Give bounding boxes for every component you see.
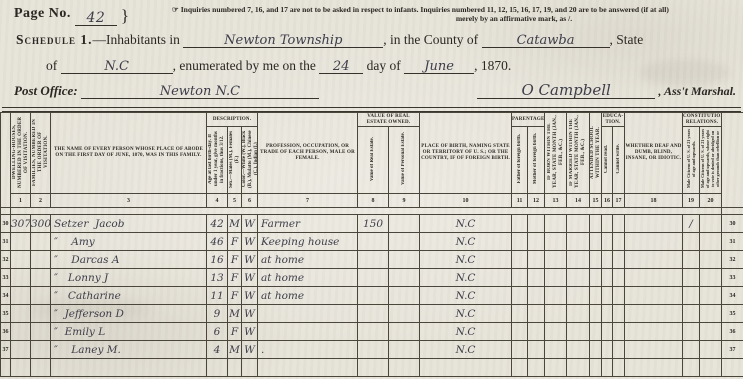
cell-cannot_write bbox=[613, 215, 625, 233]
table-row: 30307300Setzer Jacob42MWFarmer150N.C/30 bbox=[1, 215, 743, 233]
of-label: of bbox=[46, 58, 57, 73]
cell-birth_month bbox=[545, 305, 567, 323]
cell-mother_foreign bbox=[528, 341, 545, 359]
cell-father_foreign bbox=[512, 269, 528, 287]
column-number-6: 6 bbox=[242, 194, 258, 208]
cell-birthplace: N.C bbox=[420, 287, 512, 305]
table-row: 34″ Catharine11FWat homeN.C34 bbox=[1, 287, 743, 305]
cell-male_citizen bbox=[683, 269, 700, 287]
cell-male_citizen bbox=[683, 233, 700, 251]
cell-personal_estate bbox=[389, 323, 420, 341]
cell-father_foreign bbox=[512, 359, 528, 377]
cell-citizen_denied bbox=[700, 251, 722, 269]
cell-name: ″ Lonny J bbox=[51, 269, 207, 287]
cell-male_citizen bbox=[683, 251, 700, 269]
cell-cannot_read bbox=[602, 233, 613, 251]
cell-married_month bbox=[567, 287, 590, 305]
state-label: , State bbox=[610, 32, 644, 47]
cell-cannot_write bbox=[613, 359, 625, 377]
year-label: , 1870. bbox=[474, 58, 511, 73]
cell-age: 9 bbox=[207, 305, 228, 323]
cell-line-left bbox=[1, 359, 11, 377]
cell-school bbox=[590, 323, 602, 341]
cell-deaf_dumb bbox=[625, 305, 683, 323]
cell-sex: F bbox=[228, 287, 242, 305]
col-header-cannot-write: Cannot write. bbox=[613, 127, 625, 194]
cell-family bbox=[31, 269, 51, 287]
cell-real_estate bbox=[358, 341, 389, 359]
cell-family bbox=[31, 323, 51, 341]
cell-line-right: 30 bbox=[722, 215, 743, 233]
inhabitants-label: —Inhabitants in bbox=[93, 32, 180, 47]
cell-married_month bbox=[567, 215, 590, 233]
post-office-label: Post Office: bbox=[14, 83, 78, 98]
cell-mother_foreign bbox=[528, 287, 545, 305]
cell-line-right: 34 bbox=[722, 287, 743, 305]
cell-birth_month bbox=[545, 251, 567, 269]
cell-sex bbox=[228, 359, 242, 377]
cell-deaf_dumb bbox=[625, 251, 683, 269]
col-header-father-foreign: Father of foreign birth. bbox=[512, 127, 528, 194]
cell-school bbox=[590, 341, 602, 359]
col-header-personal-estate: Value of Personal Estate. bbox=[389, 127, 420, 194]
column-number-9: 9 bbox=[389, 194, 420, 208]
col-header-school: Attended school within the year. bbox=[590, 113, 602, 194]
cell-name: Setzer Jacob bbox=[51, 215, 207, 233]
cell-dwelling bbox=[11, 323, 31, 341]
assistant-marshal-label: , Ass't Marshal. bbox=[658, 84, 736, 98]
col-header-male-citizen: Male Citizens of U. S. of 21 years of ag… bbox=[683, 127, 700, 194]
cell-family bbox=[31, 233, 51, 251]
cell-birth_month bbox=[545, 233, 567, 251]
column-number-20: 20 bbox=[700, 194, 722, 208]
cell-birth_month bbox=[545, 323, 567, 341]
cell-name: ″ Emily L bbox=[51, 323, 207, 341]
cell-line-right: 32 bbox=[722, 251, 743, 269]
cell-line-right: 35 bbox=[722, 305, 743, 323]
cell-color: W bbox=[242, 251, 258, 269]
cell-married_month bbox=[567, 269, 590, 287]
col-header-mother-foreign: Mother of foreign birth. bbox=[528, 127, 545, 194]
cell-citizen_denied bbox=[700, 215, 722, 233]
column-number-11: 11 bbox=[512, 194, 528, 208]
cell-deaf_dumb bbox=[625, 287, 683, 305]
cell-family bbox=[31, 251, 51, 269]
group-header-parentage: Parentage. bbox=[512, 113, 545, 127]
column-number-19: 19 bbox=[683, 194, 700, 208]
cell-family bbox=[31, 287, 51, 305]
cell-line-left: 35 bbox=[1, 305, 11, 323]
cell-school bbox=[590, 215, 602, 233]
cell-real_estate bbox=[358, 233, 389, 251]
col-header-married-month: If married within the year, state month … bbox=[567, 113, 590, 194]
column-number-1: 1 bbox=[11, 194, 31, 208]
cell-occupation: . bbox=[258, 341, 358, 359]
right-margin bbox=[722, 208, 743, 215]
cell-married_month bbox=[567, 233, 590, 251]
schedule-label: Schedule 1. bbox=[16, 32, 93, 47]
cell-school bbox=[590, 251, 602, 269]
column-number-10: 10 bbox=[420, 194, 512, 208]
cell-real_estate bbox=[358, 359, 389, 377]
cell-line-right: 31 bbox=[722, 233, 743, 251]
cell-dwelling bbox=[11, 305, 31, 323]
cell-color: W bbox=[242, 305, 258, 323]
right-margin bbox=[722, 113, 743, 208]
cell-occupation: Keeping house bbox=[258, 233, 358, 251]
col-header-born-month: If born within the year, state month (Ja… bbox=[545, 113, 567, 194]
cell-occupation: at home bbox=[258, 251, 358, 269]
cell-line-left: 37 bbox=[1, 341, 11, 359]
cell-name: ″ Amy bbox=[51, 233, 207, 251]
township-value: Newton Township bbox=[183, 34, 383, 48]
cell-male_citizen bbox=[683, 305, 700, 323]
column-number-15: 15 bbox=[590, 194, 602, 208]
cell-father_foreign bbox=[512, 323, 528, 341]
day-of-label: day of bbox=[367, 58, 401, 73]
col-header-occupation: Profession, Occupation, or Trade of each… bbox=[258, 113, 358, 194]
cell-line-left: 31 bbox=[1, 233, 11, 251]
col-header-cannot-read: Cannot read. bbox=[602, 127, 613, 194]
col-header-birthplace: Place of Birth, naming State or Territor… bbox=[420, 113, 512, 194]
cell-married_month bbox=[567, 359, 590, 377]
cell-personal_estate bbox=[389, 359, 420, 377]
cell-age: 16 bbox=[207, 251, 228, 269]
cell-male_citizen bbox=[683, 287, 700, 305]
cell-cannot_write bbox=[613, 323, 625, 341]
cell-deaf_dumb bbox=[625, 269, 683, 287]
cell-dwelling bbox=[11, 341, 31, 359]
cell-father_foreign bbox=[512, 305, 528, 323]
cell-sex: M bbox=[228, 341, 242, 359]
cell-personal_estate bbox=[389, 215, 420, 233]
cell-sex: F bbox=[228, 323, 242, 341]
cell-citizen_denied bbox=[700, 305, 722, 323]
cell-personal_estate bbox=[389, 269, 420, 287]
cell-family: 300 bbox=[31, 215, 51, 233]
cell-citizen_denied bbox=[700, 323, 722, 341]
group-header-value-owned: Value of Real Estate Owned. bbox=[358, 113, 420, 127]
column-number-5: 5 bbox=[228, 194, 242, 208]
table-row: 31″ Amy46FWKeeping houseN.C31 bbox=[1, 233, 743, 251]
cell-line-right bbox=[722, 359, 743, 377]
column-number-18: 18 bbox=[625, 194, 683, 208]
cell-father_foreign bbox=[512, 233, 528, 251]
cell-dwelling bbox=[11, 359, 31, 377]
cell-line-left: 36 bbox=[1, 323, 11, 341]
cell-personal_estate bbox=[389, 287, 420, 305]
cell-male_citizen: / bbox=[683, 215, 700, 233]
group-header-description: Description. bbox=[207, 113, 258, 127]
cell-married_month bbox=[567, 305, 590, 323]
left-margin bbox=[1, 113, 11, 208]
post-office-value: Newton N.C bbox=[81, 85, 319, 99]
cell-cannot_read bbox=[602, 305, 613, 323]
cell-father_foreign bbox=[512, 215, 528, 233]
cell-birthplace: N.C bbox=[420, 305, 512, 323]
cell-birthplace: N.C bbox=[420, 251, 512, 269]
cell-color: W bbox=[242, 215, 258, 233]
cell-cannot_read bbox=[602, 341, 613, 359]
cell-name bbox=[51, 359, 207, 377]
pointing-hand-icon: ☞ bbox=[172, 5, 179, 14]
cell-name: ″ Catharine bbox=[51, 287, 207, 305]
cell-line-left: 30 bbox=[1, 215, 11, 233]
cell-sex: F bbox=[228, 269, 242, 287]
cell-occupation bbox=[258, 323, 358, 341]
cell-cannot_write bbox=[613, 341, 625, 359]
cell-line-left: 32 bbox=[1, 251, 11, 269]
col-header-deaf-dumb: Whether deaf and dumb, blind, insane, or… bbox=[625, 113, 683, 194]
col-header-citizen-denied: Male Citizens of U. S. of 21 years of ag… bbox=[700, 127, 722, 194]
group-header-constitutional: Constitutional Relations. bbox=[683, 113, 722, 127]
cell-line-right: 36 bbox=[722, 323, 743, 341]
spacer-row bbox=[1, 208, 743, 215]
signature-value: O Campbell bbox=[477, 83, 655, 99]
cell-citizen_denied bbox=[700, 233, 722, 251]
schedule-line: Schedule 1.—Inhabitants in Newton Townsh… bbox=[16, 32, 736, 48]
cell-dwelling bbox=[11, 233, 31, 251]
cell-age bbox=[207, 359, 228, 377]
column-number-3: 3 bbox=[51, 194, 207, 208]
cell-birth_month bbox=[545, 269, 567, 287]
cell-cannot_write bbox=[613, 233, 625, 251]
cell-color: W bbox=[242, 269, 258, 287]
page-number-line: Page No. 42 } bbox=[14, 6, 130, 26]
cell-occupation bbox=[258, 305, 358, 323]
cell-age: 46 bbox=[207, 233, 228, 251]
column-number-8: 8 bbox=[358, 194, 389, 208]
column-number-4: 4 bbox=[207, 194, 228, 208]
cell-cannot_write bbox=[613, 269, 625, 287]
cell-line-left: 34 bbox=[1, 287, 11, 305]
cell-birthplace: N.C bbox=[420, 215, 512, 233]
cell-dwelling: 307 bbox=[11, 215, 31, 233]
column-number-row: 1234567891011121314151617181920 bbox=[1, 194, 743, 208]
cell-citizen_denied bbox=[700, 269, 722, 287]
cell-mother_foreign bbox=[528, 359, 545, 377]
cell-personal_estate bbox=[389, 233, 420, 251]
cell-birth_month bbox=[545, 341, 567, 359]
col-header-sex: Sex.—Males (M.), Females (F.) bbox=[228, 127, 242, 194]
enumeration-line: of N.C, enumerated by me on the 24 day o… bbox=[46, 58, 736, 74]
cell-real_estate bbox=[358, 323, 389, 341]
note-text: Inquiries numbered 7, 16, and 17 are not… bbox=[181, 5, 669, 14]
cell-age: 4 bbox=[207, 341, 228, 359]
col-header-dwelling: Dwelling-houses, numbered in the order o… bbox=[11, 113, 31, 194]
col-header-name: The name of every person whose place of … bbox=[51, 113, 207, 194]
cell-personal_estate bbox=[389, 251, 420, 269]
cell-citizen_denied bbox=[700, 287, 722, 305]
col-header-color: Color.—White (W.), Black (B.), Mulatto (… bbox=[242, 127, 258, 194]
cell-line-left: 33 bbox=[1, 269, 11, 287]
cell-father_foreign bbox=[512, 287, 528, 305]
cell-name: ″ Jefferson D bbox=[51, 305, 207, 323]
col-header-families: Families, numbered in the order of visit… bbox=[31, 113, 51, 194]
page-no-value: 42 bbox=[75, 11, 117, 26]
cell-school bbox=[590, 287, 602, 305]
cell-mother_foreign bbox=[528, 215, 545, 233]
cell-married_month bbox=[567, 323, 590, 341]
cell-school bbox=[590, 305, 602, 323]
cell-occupation: Farmer bbox=[258, 215, 358, 233]
cell-real_estate bbox=[358, 269, 389, 287]
cell-cannot_read bbox=[602, 323, 613, 341]
cell-occupation: at home bbox=[258, 269, 358, 287]
cell-cannot_write bbox=[613, 287, 625, 305]
column-number-2: 2 bbox=[31, 194, 51, 208]
table-row: 36″ Emily L6FWN.C36 bbox=[1, 323, 743, 341]
cell-cannot_write bbox=[613, 251, 625, 269]
cell-color: W bbox=[242, 287, 258, 305]
cell-color: W bbox=[242, 323, 258, 341]
enumerated-label: , enumerated by me on the bbox=[173, 58, 316, 73]
cell-color: W bbox=[242, 233, 258, 251]
signature-group: O Campbell , Ass't Marshal. bbox=[477, 83, 736, 99]
column-number-14: 14 bbox=[567, 194, 590, 208]
cell-mother_foreign bbox=[528, 323, 545, 341]
cell-personal_estate bbox=[389, 341, 420, 359]
cell-color: W bbox=[242, 341, 258, 359]
brace-mark: } bbox=[121, 6, 130, 25]
post-office-line: Post Office: Newton N.C O Campbell , Ass… bbox=[14, 83, 736, 99]
cell-male_citizen bbox=[683, 323, 700, 341]
cell-mother_foreign bbox=[528, 251, 545, 269]
cell-age: 11 bbox=[207, 287, 228, 305]
cell-birth_month bbox=[545, 287, 567, 305]
cell-family bbox=[31, 359, 51, 377]
month-value: June bbox=[404, 60, 474, 74]
cell-male_citizen bbox=[683, 341, 700, 359]
cell-family bbox=[31, 341, 51, 359]
table-row: 37″ Laney M.4MW.N.C37 bbox=[1, 341, 743, 359]
cell-sex: F bbox=[228, 251, 242, 269]
cell-married_month bbox=[567, 251, 590, 269]
census-scan-page: Page No. 42 } ☞ Inquiries numbered 7, 16… bbox=[0, 0, 743, 379]
cell-cannot_read bbox=[602, 215, 613, 233]
group-header-education: Educa-tion. bbox=[602, 113, 625, 127]
cell-name: ″ Darcas A bbox=[51, 251, 207, 269]
cell-deaf_dumb bbox=[625, 233, 683, 251]
cell-real_estate: 150 bbox=[358, 215, 389, 233]
col-header-age: Age at last birth-day. If under 1 year, … bbox=[207, 127, 228, 194]
cell-cannot_read bbox=[602, 359, 613, 377]
cell-cannot_read bbox=[602, 287, 613, 305]
cell-school bbox=[590, 359, 602, 377]
cell-dwelling bbox=[11, 269, 31, 287]
cell-birth_month bbox=[545, 359, 567, 377]
cell-family bbox=[31, 305, 51, 323]
cell-school bbox=[590, 233, 602, 251]
cell-citizen_denied bbox=[700, 341, 722, 359]
cell-dwelling bbox=[11, 287, 31, 305]
cell-line-right: 37 bbox=[722, 341, 743, 359]
cell-deaf_dumb bbox=[625, 215, 683, 233]
cell-age: 13 bbox=[207, 269, 228, 287]
table-row bbox=[1, 359, 743, 377]
census-table: Dwelling-houses, numbered in the order o… bbox=[0, 112, 743, 377]
cell-birth_month bbox=[545, 215, 567, 233]
left-margin bbox=[1, 208, 11, 215]
cell-birthplace bbox=[420, 359, 512, 377]
column-number-12: 12 bbox=[528, 194, 545, 208]
cell-citizen_denied bbox=[700, 359, 722, 377]
cell-male_citizen bbox=[683, 359, 700, 377]
cell-mother_foreign bbox=[528, 233, 545, 251]
table-row: 33″ Lonny J13FWat homeN.C33 bbox=[1, 269, 743, 287]
cell-deaf_dumb bbox=[625, 323, 683, 341]
cell-birthplace: N.C bbox=[420, 323, 512, 341]
group-header-row: Dwelling-houses, numbered in the order o… bbox=[1, 113, 743, 127]
cell-age: 42 bbox=[207, 215, 228, 233]
cell-deaf_dumb bbox=[625, 359, 683, 377]
cell-line-right: 33 bbox=[722, 269, 743, 287]
cell-mother_foreign bbox=[528, 305, 545, 323]
cell-sex: F bbox=[228, 233, 242, 251]
column-number-16: 16 bbox=[602, 194, 613, 208]
cell-real_estate bbox=[358, 287, 389, 305]
table-row: 32″ Darcas A16FWat homeN.C32 bbox=[1, 251, 743, 269]
column-number-13: 13 bbox=[545, 194, 567, 208]
cell-sex: M bbox=[228, 215, 242, 233]
cell-birthplace: N.C bbox=[420, 233, 512, 251]
post-office-group: Post Office: Newton N.C bbox=[14, 83, 319, 99]
cell-real_estate bbox=[358, 251, 389, 269]
cell-age: 6 bbox=[207, 323, 228, 341]
cell-cannot_read bbox=[602, 269, 613, 287]
cell-occupation: at home bbox=[258, 287, 358, 305]
column-number-7: 7 bbox=[258, 194, 358, 208]
cell-occupation bbox=[258, 359, 358, 377]
cell-school bbox=[590, 269, 602, 287]
cell-dwelling bbox=[11, 251, 31, 269]
instruction-note: ☞ Inquiries numbered 7, 16, and 17 are n… bbox=[172, 5, 736, 24]
county-label: , in the County of bbox=[383, 32, 478, 47]
county-value: Catawba bbox=[482, 34, 610, 48]
cell-father_foreign bbox=[512, 251, 528, 269]
note-line-2: merely by an affirmative mark, as /. bbox=[172, 14, 736, 23]
column-number-17: 17 bbox=[613, 194, 625, 208]
cell-color bbox=[242, 359, 258, 377]
table-row: 35″ Jefferson D9MWN.C35 bbox=[1, 305, 743, 323]
cell-cannot_write bbox=[613, 305, 625, 323]
state-value: N.C bbox=[61, 60, 173, 74]
day-value: 24 bbox=[319, 60, 363, 74]
spacer bbox=[11, 208, 722, 215]
cell-real_estate bbox=[358, 305, 389, 323]
cell-mother_foreign bbox=[528, 269, 545, 287]
page-no-label: Page No. bbox=[14, 6, 71, 21]
cell-sex: M bbox=[228, 305, 242, 323]
cell-married_month bbox=[567, 341, 590, 359]
cell-birthplace: N.C bbox=[420, 341, 512, 359]
note-line-1: ☞ Inquiries numbered 7, 16, and 17 are n… bbox=[172, 5, 736, 14]
cell-personal_estate bbox=[389, 305, 420, 323]
col-header-real-estate: Value of Real Estate. bbox=[358, 127, 389, 194]
cell-birthplace: N.C bbox=[420, 269, 512, 287]
cell-father_foreign bbox=[512, 341, 528, 359]
cell-deaf_dumb bbox=[625, 341, 683, 359]
cell-name: ″ Laney M. bbox=[51, 341, 207, 359]
cell-cannot_read bbox=[602, 251, 613, 269]
